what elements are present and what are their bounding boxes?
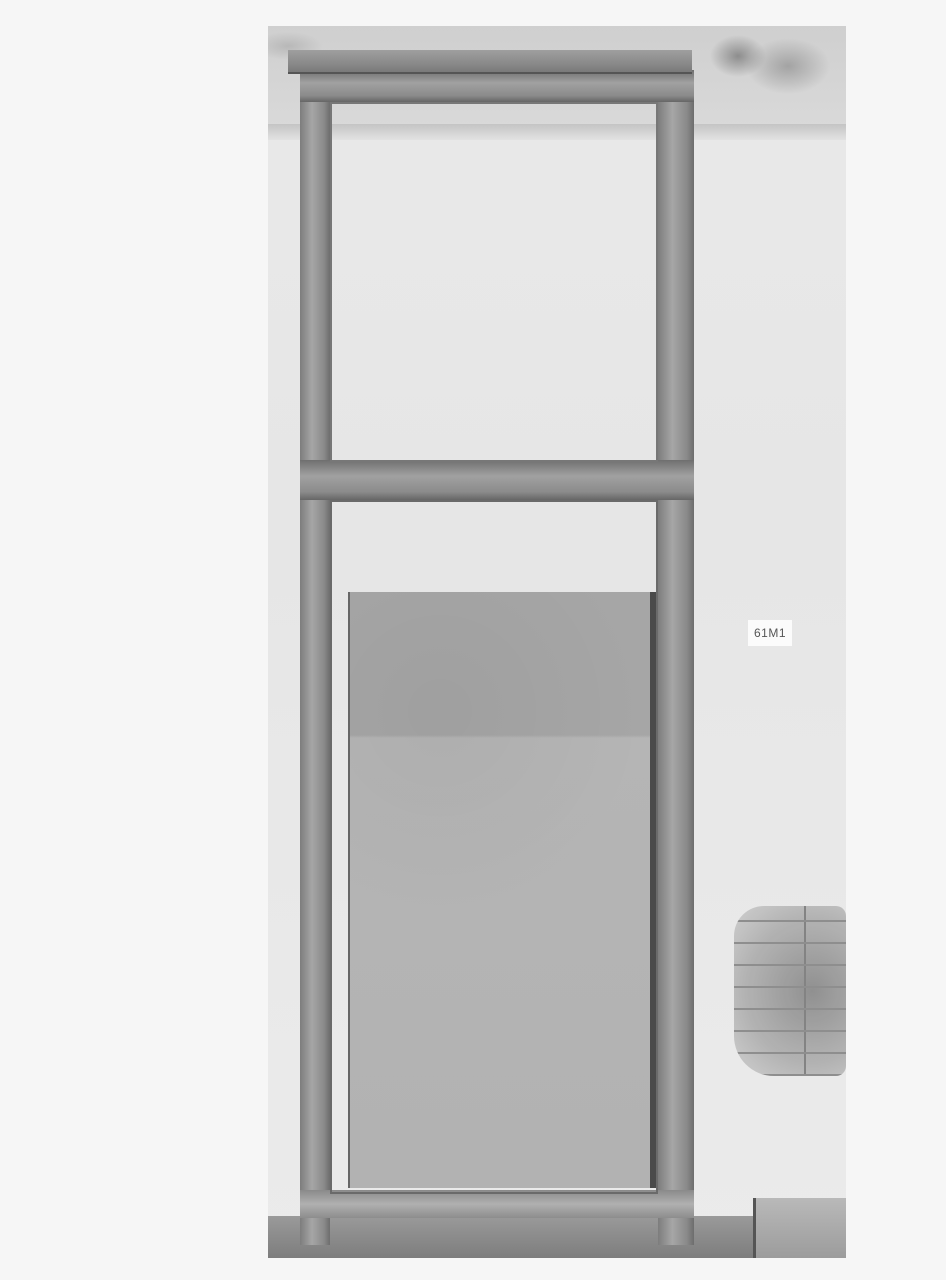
wooden-frame [288, 50, 708, 1245]
lower-opening [330, 500, 658, 1194]
exposed-brick-patch [734, 906, 846, 1076]
frame-right-stile [658, 70, 694, 1245]
frame-bottom-rail [300, 1190, 694, 1218]
catalog-label: 61M1 [748, 620, 792, 646]
frame-top-rail [300, 70, 694, 102]
floor-board [753, 1198, 846, 1258]
frame-middle-rail [300, 460, 694, 500]
frame-left-stile [300, 70, 330, 1245]
upper-opening [330, 102, 658, 462]
frame-cornice [288, 50, 692, 74]
photograph: 61M1 [268, 26, 846, 1258]
